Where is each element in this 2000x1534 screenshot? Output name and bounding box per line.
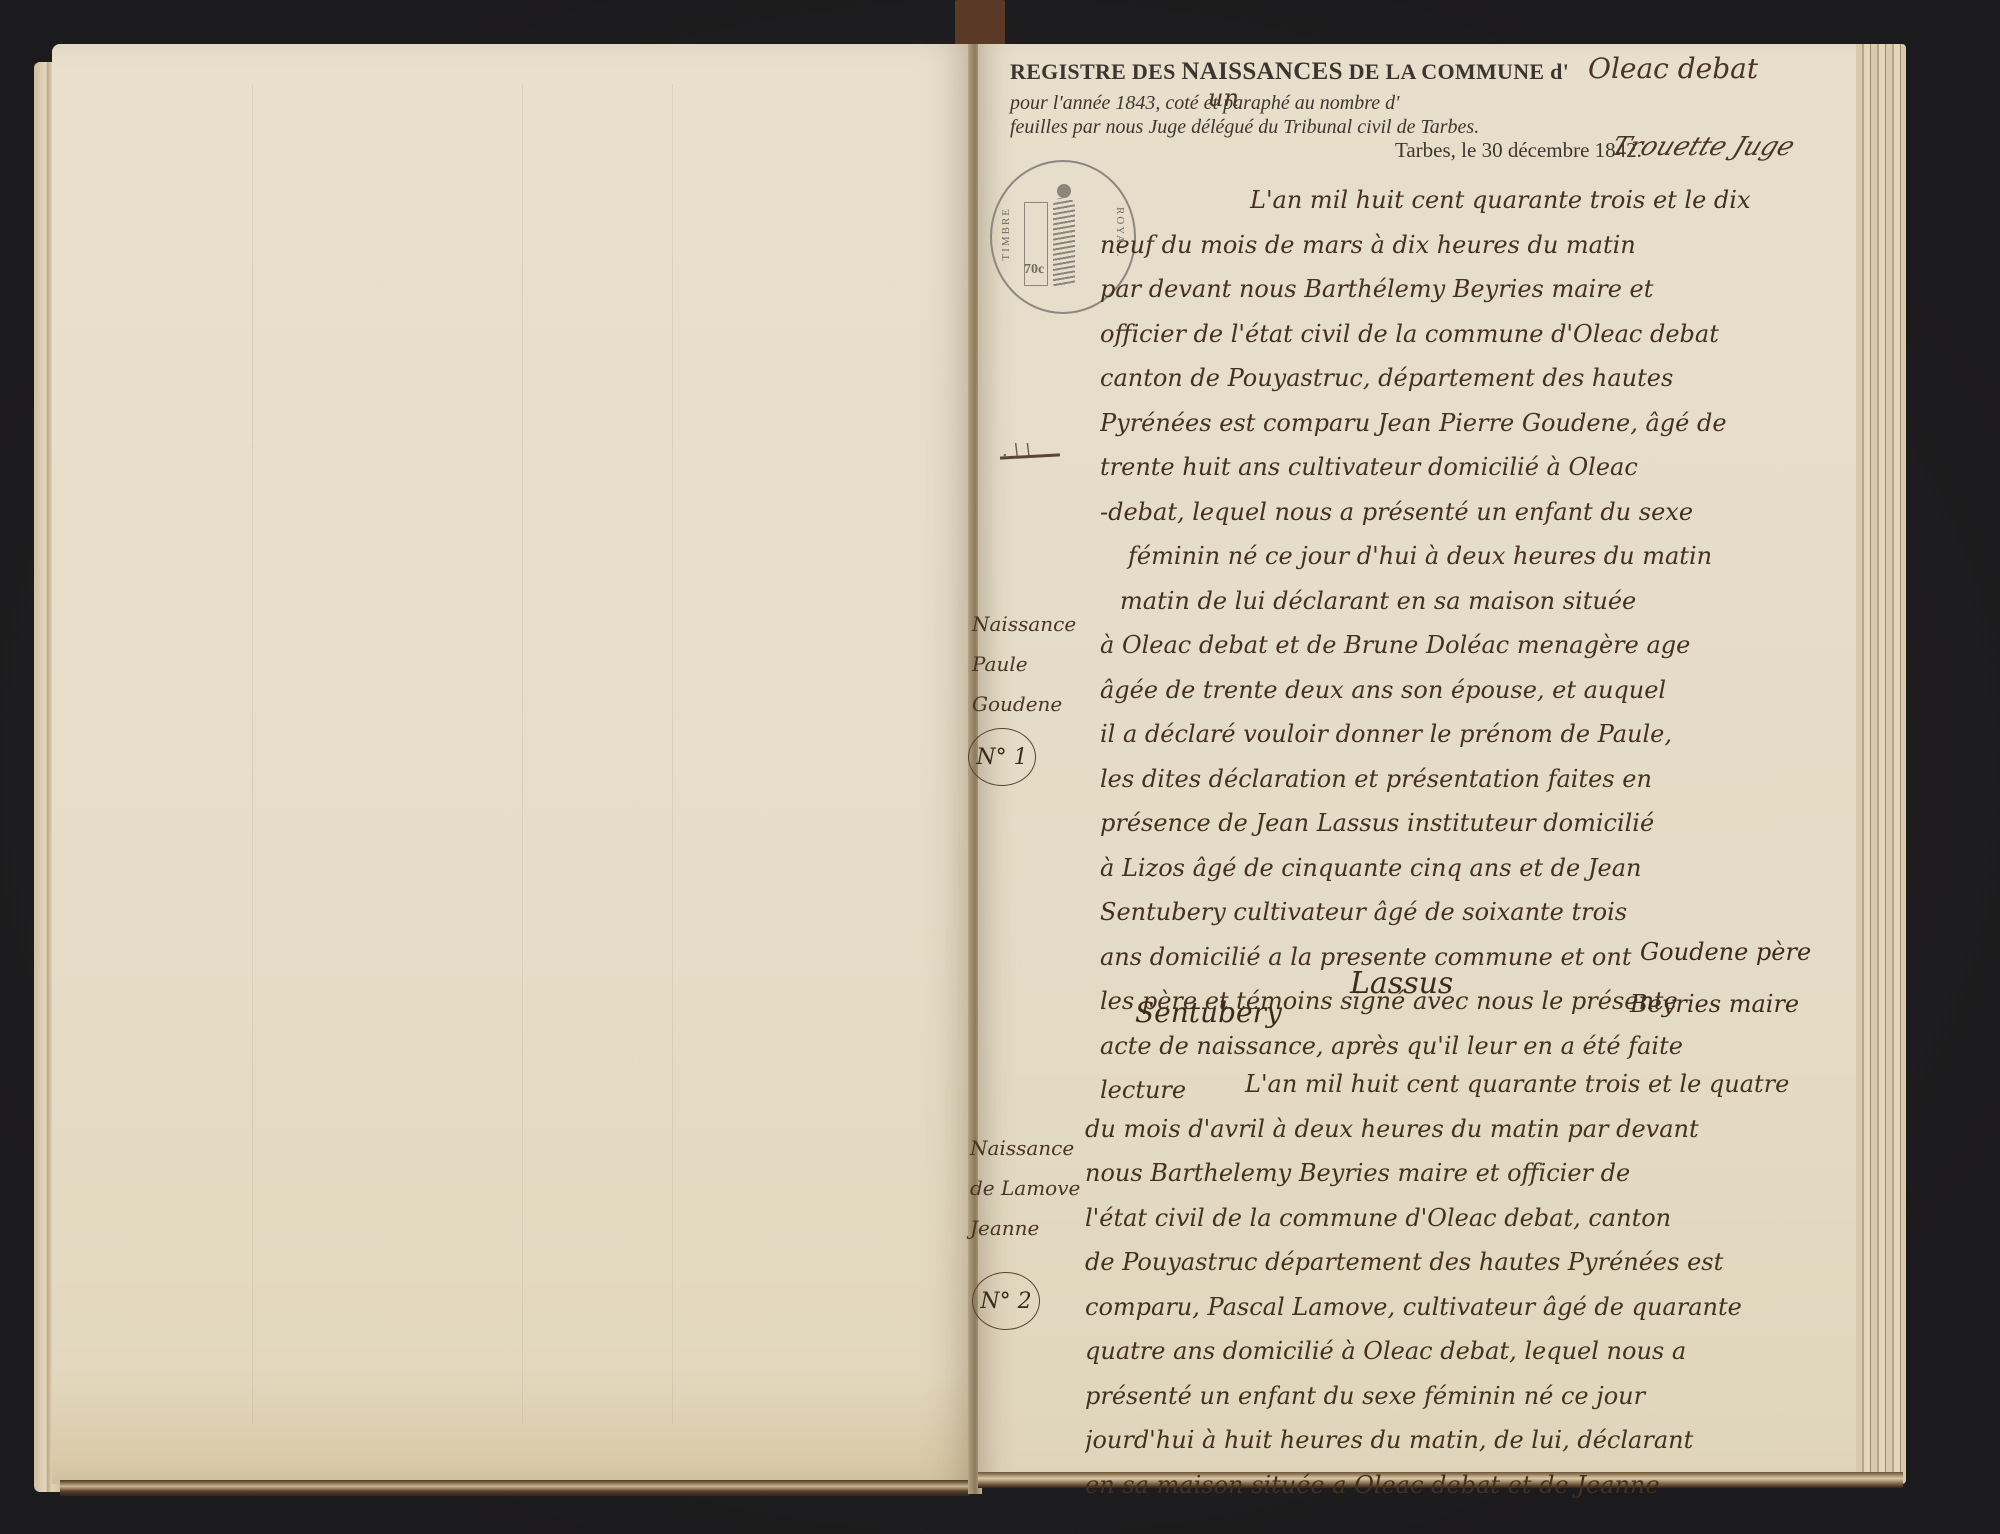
left-page-bottom-edge xyxy=(60,1480,970,1496)
text-line: matin de lui déclarant en sa maison situ… xyxy=(1100,579,1860,624)
text-line: comparu, Pascal Lamove, cultivateur âgé … xyxy=(1085,1285,1865,1330)
text-line: âgée de trente deux ans son épouse, et a… xyxy=(1100,668,1860,713)
margin-note-entry-2: Naissance de Lamove Jeanne xyxy=(970,1128,1080,1248)
title-naissances: NAISSANCES xyxy=(1181,58,1342,85)
text-line: en sa maison située a Oleac debat et de … xyxy=(1085,1463,1865,1508)
entry-number-2: N° 2 xyxy=(972,1272,1040,1330)
text-line: nous Barthelemy Beyries maire et officie… xyxy=(1085,1151,1865,1196)
signature-mayor: Beyries maire xyxy=(1630,990,1799,1018)
title-prefix: REGISTRE DES xyxy=(1010,59,1181,84)
text-line: présence de Jean Lassus instituteur domi… xyxy=(1100,801,1860,846)
text-line: L'an mil huit cent quarante trois et le … xyxy=(1085,1062,1865,1107)
text-line: les dites déclaration et présentation fa… xyxy=(1100,757,1860,802)
handwritten-commune: Oleac debat xyxy=(1588,52,1758,85)
text-line: à Lizos âgé de cinquante cinq ans et de … xyxy=(1100,846,1860,891)
header-tribunal-line: feuilles par nous Juge délégué du Tribun… xyxy=(1010,116,1479,139)
text-line: l'état civil de la commune d'Oleac debat… xyxy=(1085,1196,1865,1241)
title-suffix: DE LA COMMUNE d' xyxy=(1343,59,1569,84)
text-line: il a déclaré vouloir donner le prénom de… xyxy=(1100,712,1860,757)
faint-ruling xyxy=(252,84,253,1424)
margin-line: de Lamove xyxy=(970,1168,1080,1208)
entry-2-text: L'an mil huit cent quarante trois et le … xyxy=(1085,1062,1865,1507)
stamp-timbre-text: TIMBRE xyxy=(1000,207,1012,261)
text-line: présenté un enfant du sexe féminin né ce… xyxy=(1085,1374,1865,1419)
text-line: officier de l'état civil de la commune d… xyxy=(1100,312,1860,357)
margin-line: Jeanne xyxy=(970,1208,1080,1248)
text-line: par devant nous Barthélemy Beyries maire… xyxy=(1100,267,1860,312)
text-line: féminin né ce jour d'hui à deux heures d… xyxy=(1100,534,1860,579)
header-date-line: Tarbes, le 30 décembre 1842. xyxy=(1395,138,1642,163)
book-spine-tab xyxy=(955,0,1005,48)
margin-line: Naissance xyxy=(970,1128,1080,1168)
signature-witness-sentubery: Sentubery xyxy=(1135,996,1282,1029)
entry-1-text: L'an mil huit cent quarante trois et le … xyxy=(1100,178,1860,1113)
entry-number-1: N° 1 xyxy=(968,728,1036,786)
stamp-price: 70c xyxy=(1024,262,1044,278)
text-line: trente huit ans cultivateur domicilié à … xyxy=(1100,445,1860,490)
text-line: jourd'hui à huit heures du matin, de lui… xyxy=(1085,1418,1865,1463)
text-line: Sentubery cultivateur âgé de soixante tr… xyxy=(1100,890,1860,935)
margin-line: Naissance xyxy=(972,604,1076,644)
judge-signature: Trouette Juge xyxy=(1607,132,1799,162)
text-line: neuf du mois de mars à dix heures du mat… xyxy=(1100,223,1860,268)
signature-witness-lassus: Lassus xyxy=(1350,966,1453,1001)
text-line: de Pouyastruc département des hautes Pyr… xyxy=(1085,1240,1865,1285)
margin-line: Paule xyxy=(972,644,1076,684)
stamp-allegorical-figure-icon xyxy=(1039,182,1087,292)
margin-line: Goudene xyxy=(972,684,1076,724)
left-page-blank xyxy=(52,44,974,1484)
faint-ruling xyxy=(522,84,523,1424)
text-line: du mois d'avril à deux heures du matin p… xyxy=(1085,1107,1865,1152)
register-title: REGISTRE DES NAISSANCES DE LA COMMUNE d' xyxy=(1010,58,1569,86)
text-line: quatre ans domicilié à Oleac debat, lequ… xyxy=(1085,1329,1865,1374)
handwritten-sheet-count: un xyxy=(1208,84,1239,112)
text-line: à Oleac debat et de Brune Doléac menagèr… xyxy=(1100,623,1860,668)
signature-father: Goudene père xyxy=(1640,938,1811,966)
faint-ruling xyxy=(672,84,673,1424)
text-line: Pyrénées est comparu Jean Pierre Goudene… xyxy=(1100,401,1860,446)
text-line: L'an mil huit cent quarante trois et le … xyxy=(1100,178,1860,223)
text-line: -debat, lequel nous a présenté un enfant… xyxy=(1100,490,1860,535)
text-line: canton de Pouyastruc, département des ha… xyxy=(1100,356,1860,401)
margin-note-entry-1: Naissance Paule Goudene xyxy=(972,604,1076,724)
header-year-line: pour l'année 1843, coté et paraphé au no… xyxy=(1010,92,1399,115)
